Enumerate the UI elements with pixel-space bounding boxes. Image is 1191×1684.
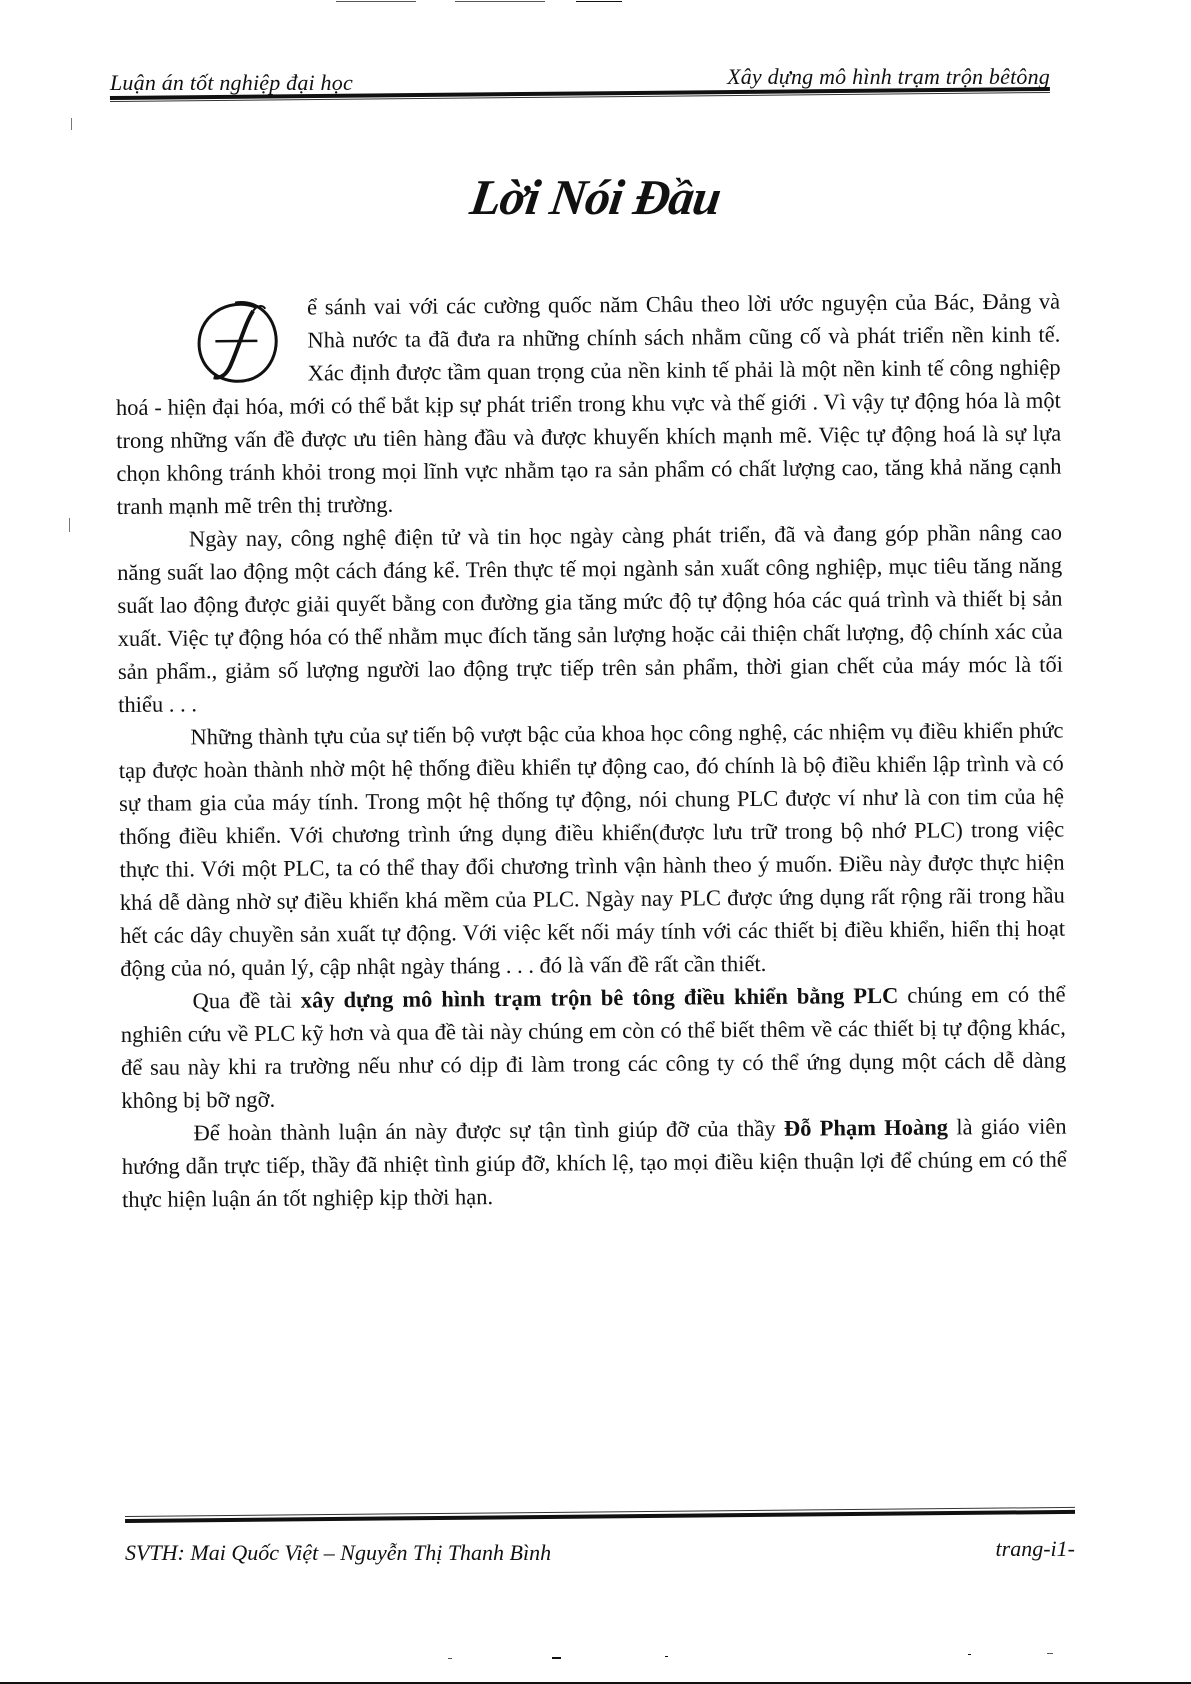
scan-artifact-bottom-4: [968, 1654, 971, 1655]
scan-artifact-bottom-5: [1047, 1653, 1053, 1654]
paragraph-2: Ngày nay, công nghệ điện tử và tin học n…: [117, 516, 1064, 721]
dropcap: [185, 293, 306, 390]
dropcap-d-icon: [185, 293, 306, 390]
footer-rule: [125, 1507, 1075, 1523]
header-right-text: Xây dựng mô hình trạm trộn bêtông: [727, 64, 1050, 90]
paragraph-4: Qua đề tài xây dựng mô hình trạm trộn bê…: [120, 978, 1066, 1117]
paragraph-5: Để hoàn thành luận án này được sự tận tì…: [121, 1110, 1067, 1216]
paragraph-3: Những thành tựu của sự tiến bộ vượt bậc …: [118, 714, 1065, 985]
scan-artifact-top-1: [336, 1, 416, 2]
page-title: Lời Nói Đầu: [0, 168, 1191, 226]
footer-authors: SVTH: Mai Quốc Việt – Nguyễn Thị Thanh B…: [125, 1540, 551, 1566]
advisor-name-bold: Đỗ Phạm Hoàng: [784, 1114, 948, 1140]
scan-artifact-bottom-1: [448, 1658, 452, 1659]
scan-artifact-left-1: [71, 118, 72, 130]
document-body: ể sánh vai với các cường quốc năm Châu t…: [115, 285, 1067, 1216]
page-footer: SVTH: Mai Quốc Việt – Nguyễn Thị Thanh B…: [125, 1506, 1075, 1576]
paragraph-1: ể sánh vai với các cường quốc năm Châu t…: [115, 285, 1062, 523]
page-header: Luận án tốt nghiệp đại học Xây dựng mô h…: [110, 62, 1050, 102]
scan-artifact-top-3: [576, 1, 622, 2]
page-number: trang-i1-: [996, 1536, 1075, 1562]
header-left-text: Luận án tốt nghiệp đại học: [110, 70, 353, 96]
scan-artifact-bottom-2: [552, 1657, 561, 1659]
scan-artifact-top-2: [455, 1, 545, 2]
thesis-topic-bold: xây dựng mô hình trạm trộn bê tông điều …: [301, 983, 899, 1013]
scan-artifact-bottom-3: [665, 1656, 668, 1657]
paragraph-4-lead: Qua đề tài: [192, 988, 300, 1014]
paragraph-5-lead: Để hoàn thành luận án này được sự tận tì…: [194, 1116, 785, 1146]
scan-artifact-left-2: [69, 518, 70, 532]
